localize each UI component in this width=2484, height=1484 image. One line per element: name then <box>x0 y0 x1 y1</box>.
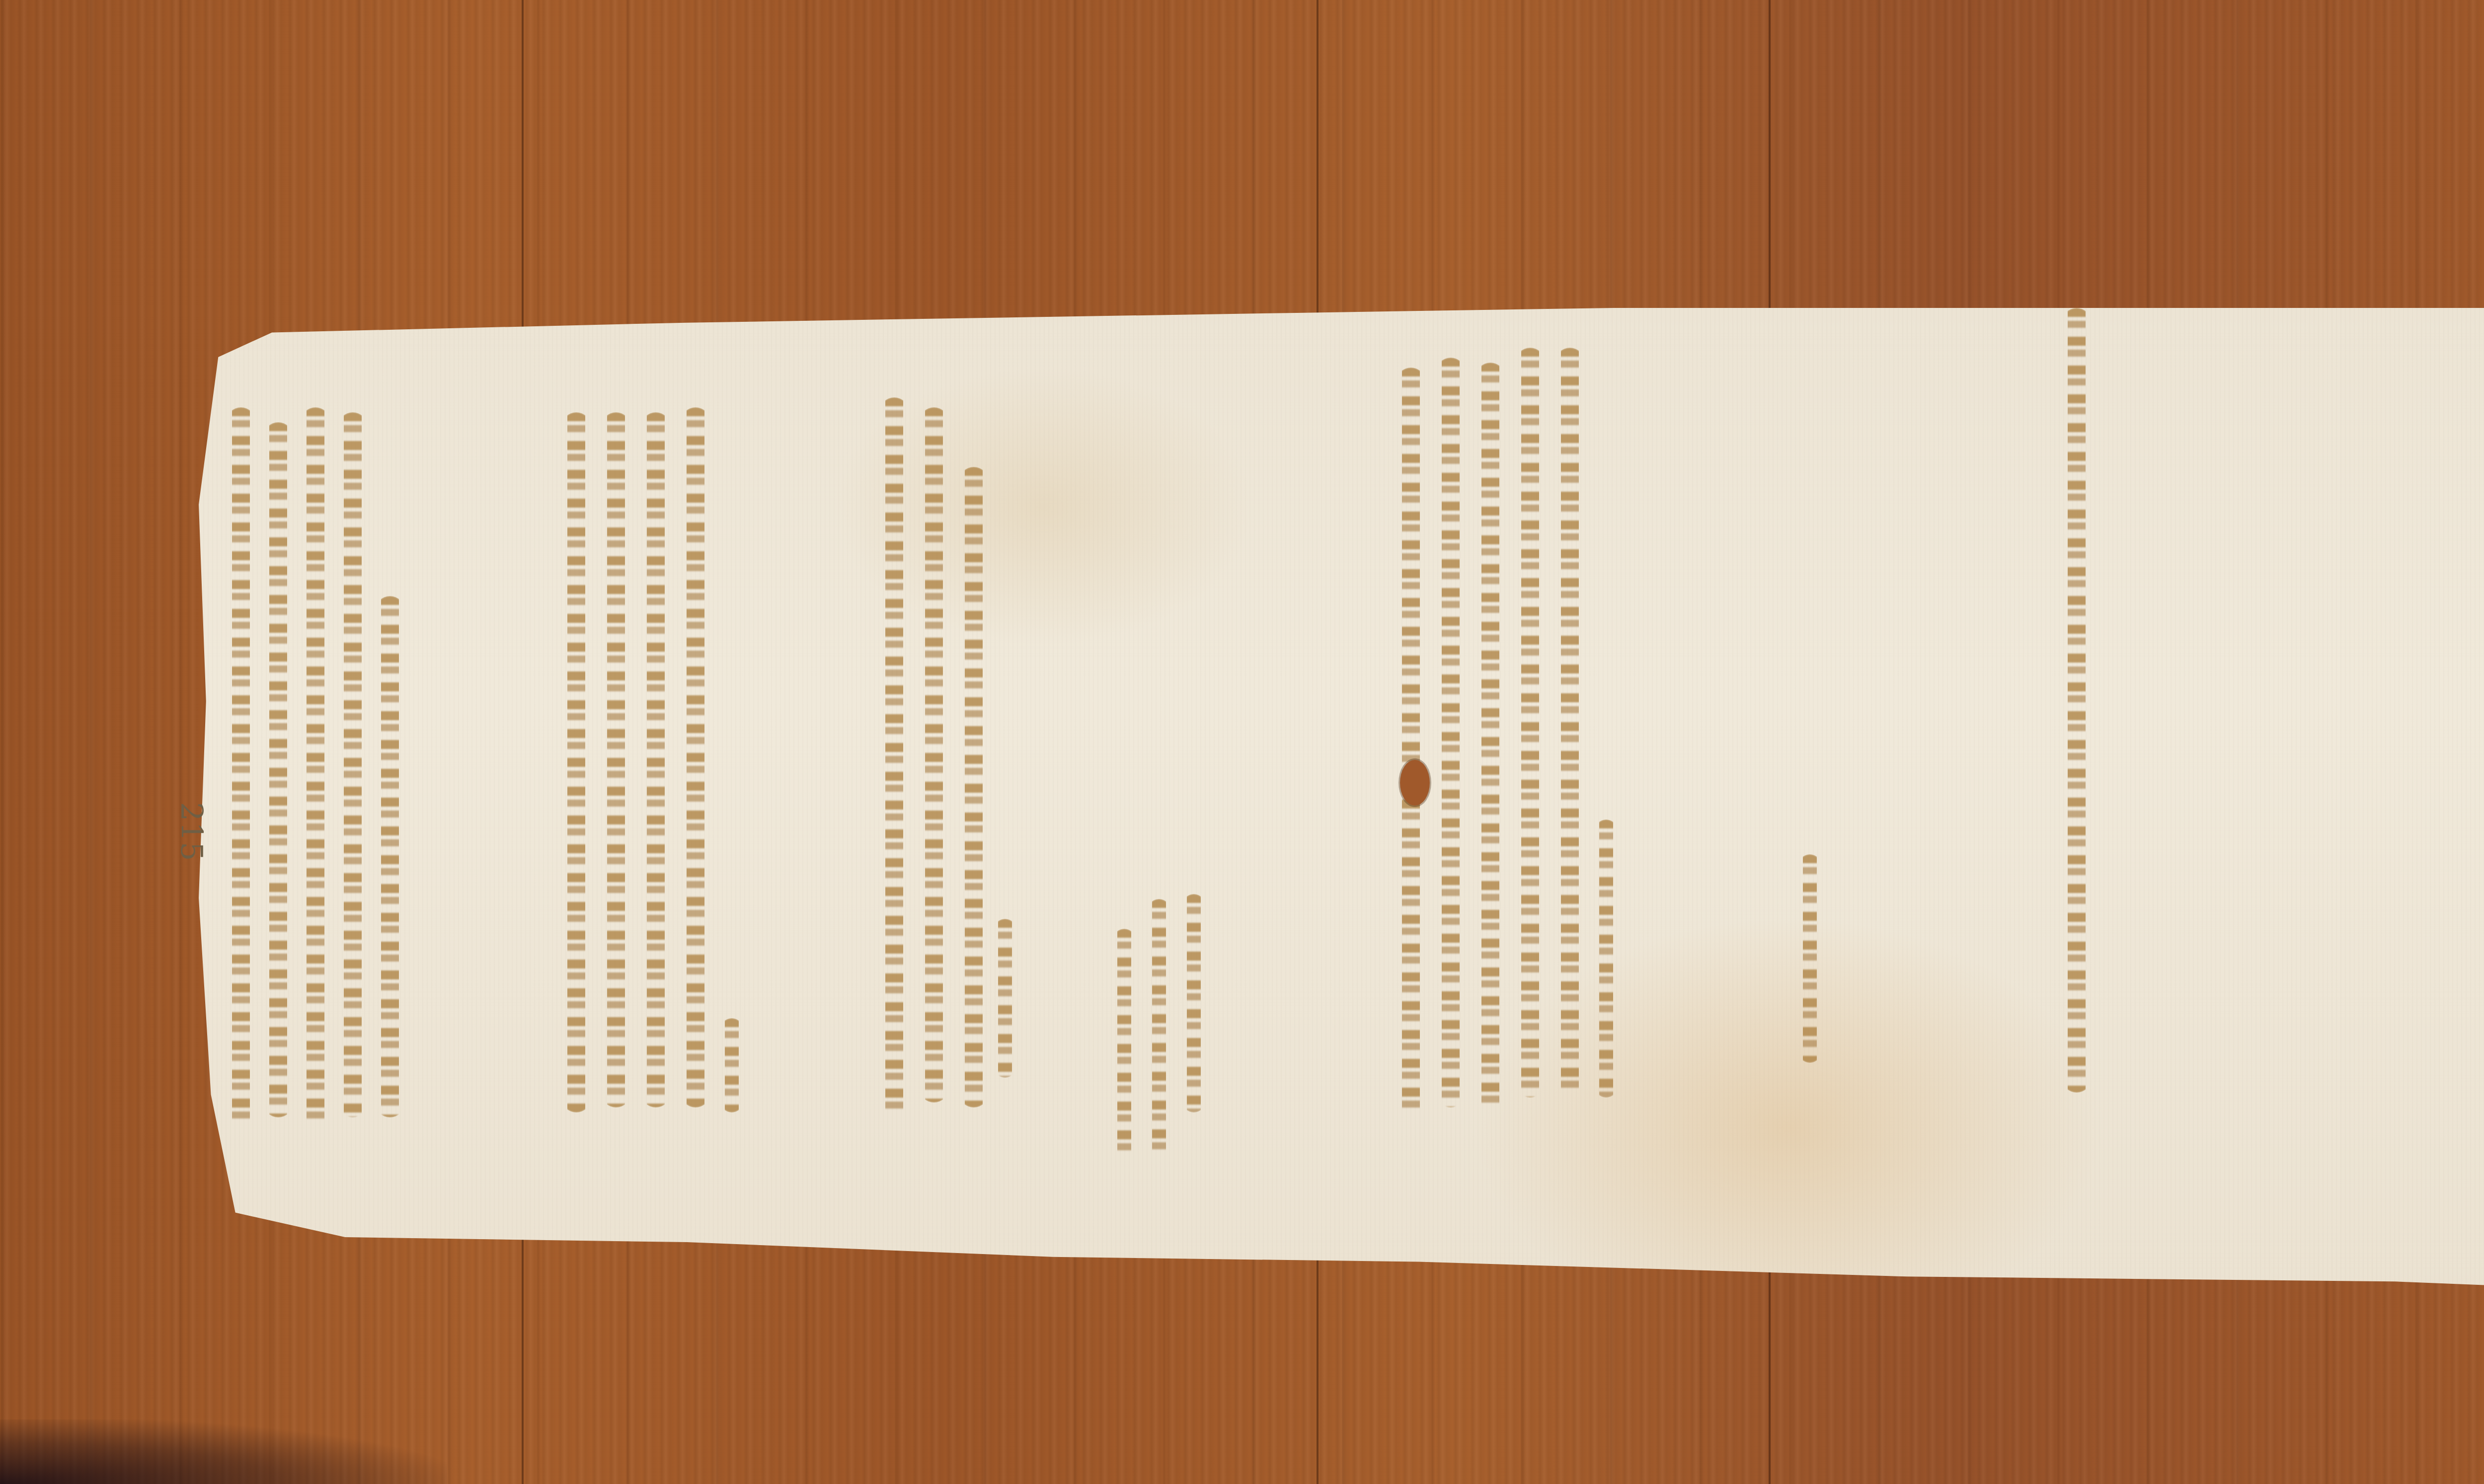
handwriting-line <box>226 407 256 1122</box>
handwriting-line <box>720 1018 743 1113</box>
handwriting-line <box>1798 854 1821 1063</box>
handwriting-line <box>1396 368 1426 1113</box>
handwriting-line <box>1182 894 1205 1113</box>
shadow-corner <box>0 1419 447 1484</box>
worm-hole <box>1400 760 1430 806</box>
handwriting-line <box>338 412 368 1117</box>
handwriting-line <box>1436 358 1466 1108</box>
handwriting-line <box>375 596 405 1117</box>
handwriting-line <box>1515 348 1545 1098</box>
handwriting-line <box>1595 819 1618 1098</box>
handwriting-line <box>681 407 710 1108</box>
handwriting-line <box>1113 929 1136 1157</box>
handwriting-line <box>1555 348 1585 1093</box>
handwriting-line <box>561 412 591 1113</box>
handwriting-line <box>959 467 989 1108</box>
manuscript-leaf <box>199 308 2484 1291</box>
handwriting-line <box>2062 308 2092 1093</box>
handwriting-line <box>919 407 949 1103</box>
handwriting-line <box>641 412 671 1108</box>
handwriting-line <box>301 407 330 1122</box>
folio-number: 215 <box>174 802 209 862</box>
handwriting-line <box>1148 899 1170 1157</box>
handwriting-line <box>263 422 293 1117</box>
handwriting-line <box>994 919 1016 1078</box>
handwriting-line <box>1475 363 1505 1108</box>
handwriting-line <box>601 412 631 1108</box>
handwriting-line <box>879 397 909 1113</box>
